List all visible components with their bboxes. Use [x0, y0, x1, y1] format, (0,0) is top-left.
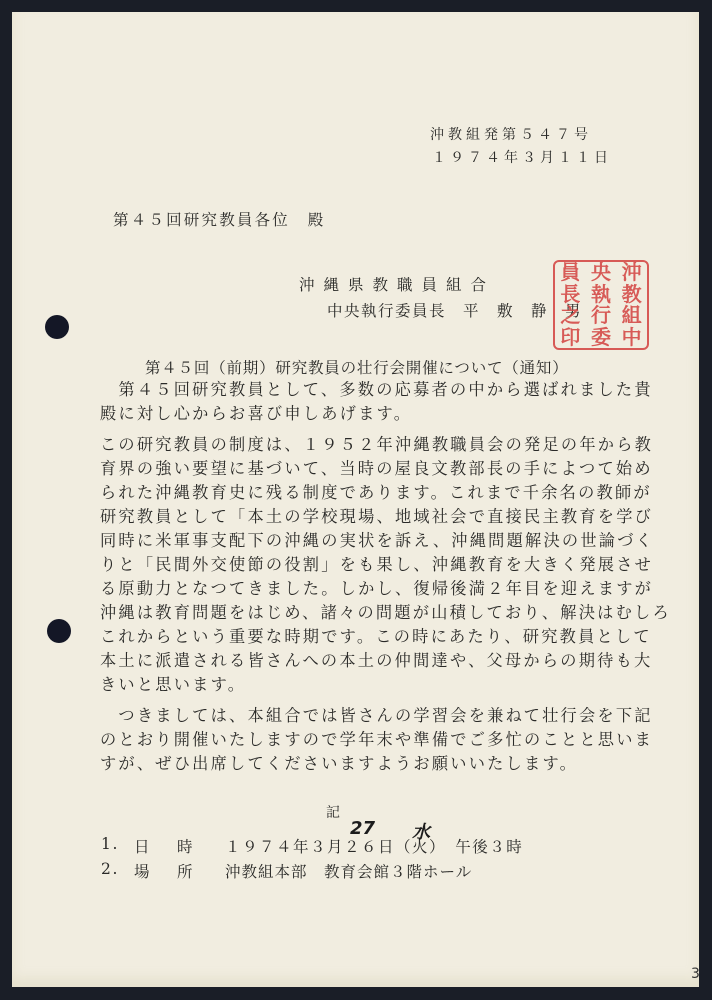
body-line: 沖縄は教育問題をはじめ、諸々の問題が山積しており、解決はむしろ — [100, 601, 671, 625]
body-line: 第４５回研究教員として、多数の応募者の中から選ばれました貴 — [100, 378, 653, 402]
page-number: 3 — [691, 966, 700, 982]
handwritten-day-correction: 27 — [350, 818, 375, 839]
body-line: のとおり開催いたしますので学年末や準備でご多忙のことと思いま — [100, 728, 653, 752]
sender-organization: 沖縄県教職員組合 — [299, 273, 495, 295]
body-line: 研究教員として「本土の学校現場、地域社会で直接民主教育を学び — [100, 505, 653, 529]
official-seal: 沖 教 組 中 央 執 行 委 員 長 之 印 — [553, 260, 649, 350]
item-number: 1. — [101, 835, 119, 853]
reference-number: 沖教組発第５４７号 — [430, 124, 592, 144]
body-line: られた沖縄教育史に残る制度であります。これまで千余名の教師が — [100, 481, 652, 505]
body-line: 殿に対し心からお喜び申しあげます。 — [100, 402, 412, 426]
body-line: きいと思います。 — [100, 673, 246, 697]
body-line: りと「民間外交使節の役割」をも果し、沖縄教育を大きく発展させ — [100, 553, 653, 577]
document-date: １９７４年３月１１日 — [432, 147, 612, 167]
body-line: 本土に派遣される皆さんへの本土の仲間達や、父母からの期待も大 — [100, 649, 652, 673]
body-line: これからという重要な時期です。この時にあたり、研究教員として — [100, 625, 652, 649]
punch-hole-top — [45, 315, 69, 339]
item-label: 日 時 — [134, 835, 199, 857]
document-subject: 第４５回（前期）研究教員の壮行会開催について（通知） — [145, 356, 569, 378]
item-value: 沖教組本部 教育会館３階ホール — [225, 860, 472, 882]
body-line: る原動力となつてきました。しかし、復帰後満２年目を迎えますが — [100, 577, 653, 601]
item-label: 場 所 — [134, 860, 199, 882]
document-page: 沖教組発第５４７号 １９７４年３月１１日 第４５回研究教員各位 殿 沖縄県教職員… — [12, 12, 699, 987]
sender-title-name: 中央執行委員長 平 敷 静 男 — [327, 299, 582, 321]
body-line: つきましては、本組合では皆さんの学習会を兼ねて壮行会を下記 — [100, 704, 653, 728]
handwritten-weekday-correction: 水 — [412, 818, 430, 844]
body-line: 同時に米軍事支配下の沖縄の実状を訴え、沖縄問題解決の世論づく — [100, 529, 654, 553]
item-number: 2. — [101, 860, 119, 878]
body-line: 育界の強い要望に基づいて、当時の屋良文教部長の手によつて始め — [100, 457, 653, 481]
addressee: 第４５回研究教員各位 殿 — [113, 208, 325, 230]
punch-hole-bottom — [47, 619, 71, 643]
body-line: この研究教員の制度は、１９５２年沖縄教職員会の発足の年から教 — [100, 433, 653, 457]
body-line: すが、ぜひ出席してくださいますようお願いいたします。 — [100, 752, 578, 776]
ki-heading: 記 — [326, 802, 342, 822]
